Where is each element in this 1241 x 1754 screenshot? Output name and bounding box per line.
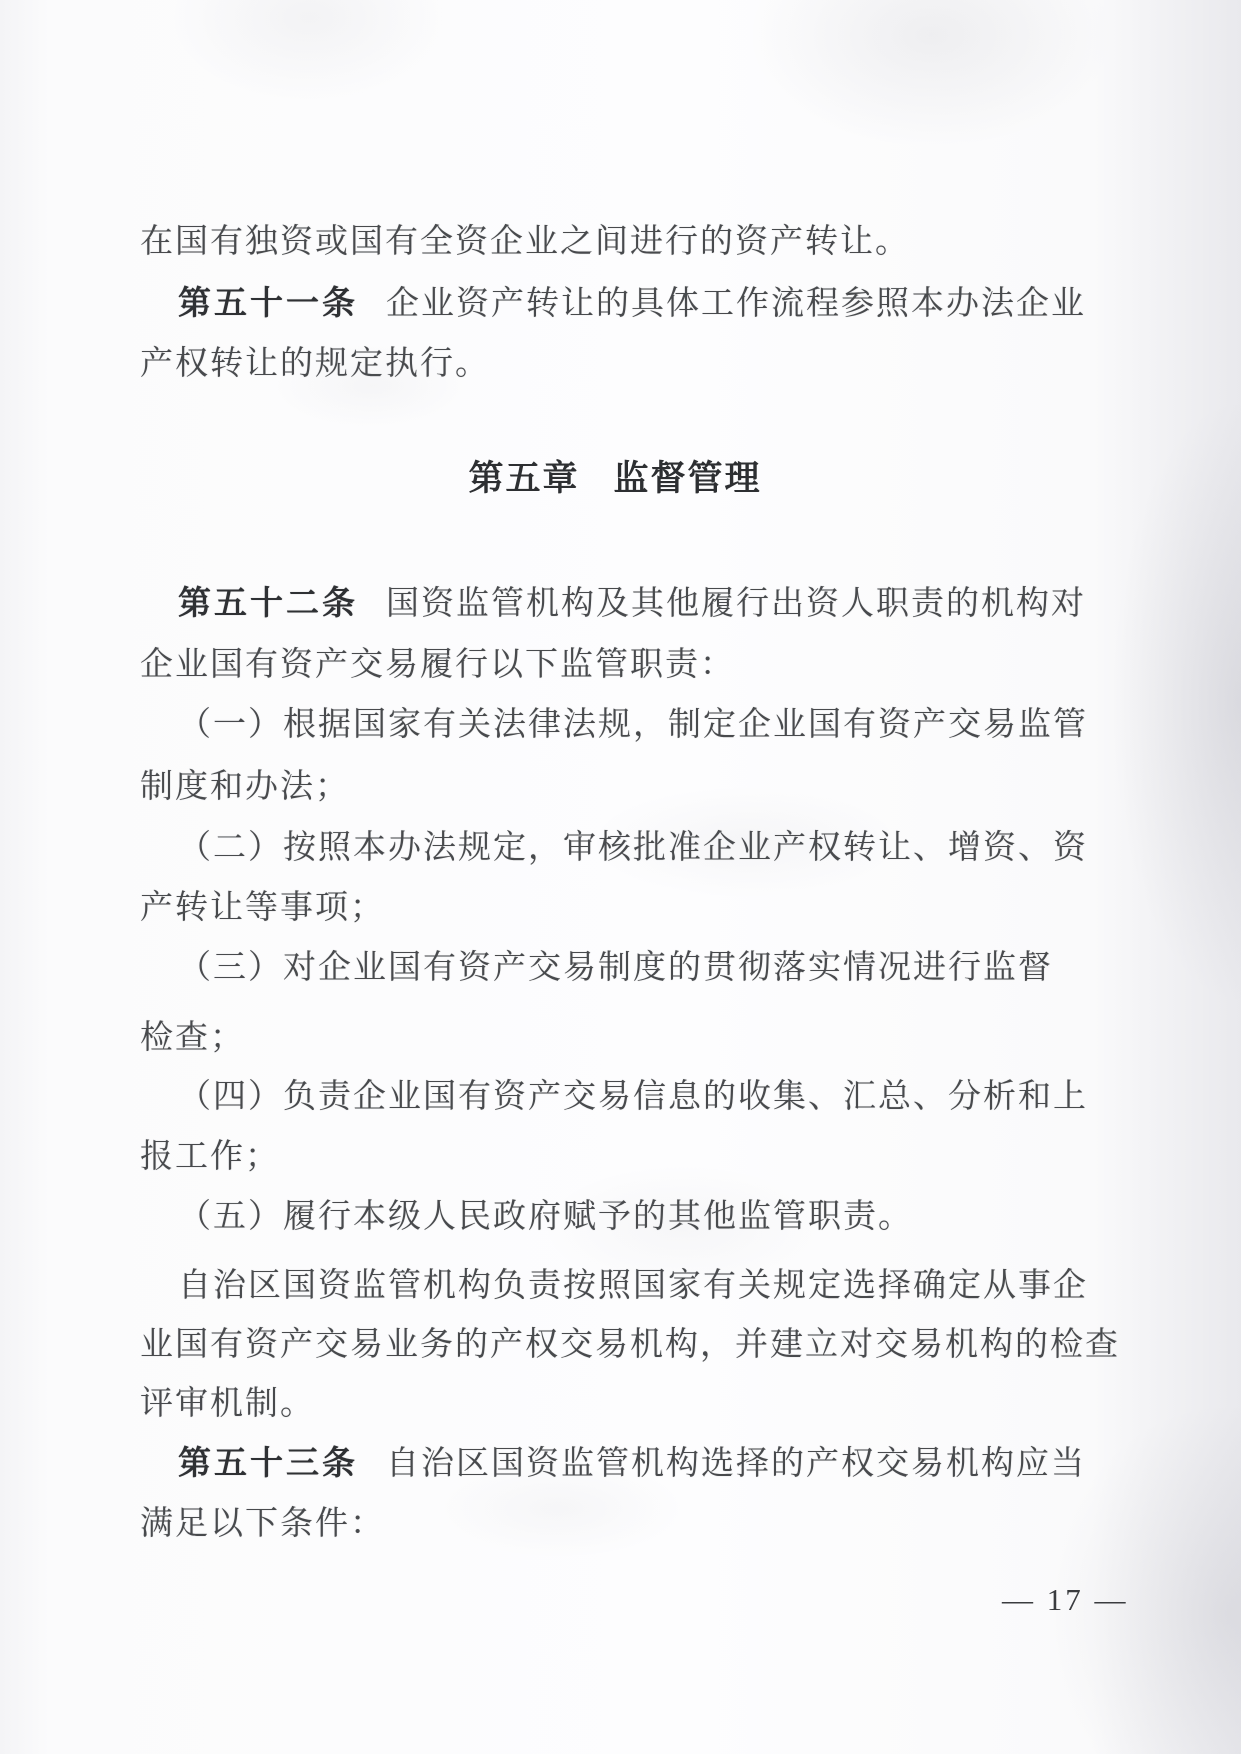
line-text: 国资监管机构及其他履行出资人职责的机构对 bbox=[386, 586, 1086, 622]
line-text: 检查； bbox=[140, 1020, 245, 1056]
line-text: 制度和办法； bbox=[140, 769, 350, 805]
clause-1-tail-line: 制度和办法； bbox=[140, 767, 350, 807]
article-51-number: 第五十一条 bbox=[178, 284, 358, 321]
line-text: （三）对企业国有资产交易制度的贯彻落实情况进行监督 bbox=[178, 950, 1053, 986]
line-text: 在国有独资或国有全资企业之间进行的资产转让。 bbox=[140, 224, 910, 260]
clause-2-tail-line: 产转让等事项； bbox=[140, 888, 385, 928]
article-52-line-2: 企业国有资产交易履行以下监管职责： bbox=[140, 645, 735, 685]
chapter-5-heading: 第五章监督管理 bbox=[140, 458, 1090, 500]
line-text: （四）负责企业国有资产交易信息的收集、汇总、分析和上 bbox=[178, 1079, 1088, 1115]
line-text: 自治区国资监管机构选择的产权交易机构应当 bbox=[386, 1446, 1086, 1482]
clause-3-line: （三）对企业国有资产交易制度的贯彻落实情况进行监督 bbox=[178, 948, 1053, 988]
clause-5-line: （五）履行本级人民政府赋予的其他监管职责。 bbox=[178, 1197, 913, 1237]
article-52-number: 第五十二条 bbox=[178, 584, 358, 621]
line-text: 报工作； bbox=[140, 1139, 280, 1175]
clause-4-tail-line: 报工作； bbox=[140, 1137, 280, 1177]
article-53-number: 第五十三条 bbox=[178, 1444, 358, 1481]
chapter-title: 监督管理 bbox=[614, 459, 762, 498]
line-text: 产转让等事项； bbox=[140, 890, 385, 926]
chapter-number: 第五章 bbox=[468, 459, 579, 498]
line-text: 业国有资产交易业务的产权交易机构，并建立对交易机构的检查 bbox=[140, 1327, 1120, 1363]
article-51-tail-line: 产权转让的规定执行。 bbox=[140, 344, 490, 384]
line-text: 企业国有资产交易履行以下监管职责： bbox=[140, 647, 735, 683]
selection-paragraph-line-1: 自治区国资监管机构负责按照国家有关规定选择确定从事企 bbox=[178, 1266, 1088, 1306]
clause-3-tail-line: 检查； bbox=[140, 1018, 245, 1058]
article-51-opening-line: 第五十一条企业资产转让的具体工作流程参照本办法企业 bbox=[178, 283, 1086, 324]
prev-article-tail-line: 在国有独资或国有全资企业之间进行的资产转让。 bbox=[140, 222, 910, 262]
article-52-opening-line: 第五十二条国资监管机构及其他履行出资人职责的机构对 bbox=[178, 583, 1086, 624]
line-text: 满足以下条件： bbox=[140, 1506, 385, 1542]
line-text: （五）履行本级人民政府赋予的其他监管职责。 bbox=[178, 1199, 913, 1235]
line-text: 评审机制。 bbox=[140, 1386, 315, 1422]
line-text: （二）按照本办法规定，审核批准企业产权转让、增资、资 bbox=[178, 830, 1088, 866]
selection-paragraph-line-3: 评审机制。 bbox=[140, 1384, 315, 1424]
clause-2-line: （二）按照本办法规定，审核批准企业产权转让、增资、资 bbox=[178, 828, 1088, 868]
clause-4-line: （四）负责企业国有资产交易信息的收集、汇总、分析和上 bbox=[178, 1077, 1088, 1117]
page-number: — 17 — bbox=[1002, 1582, 1129, 1618]
selection-paragraph-line-2: 业国有资产交易业务的产权交易机构，并建立对交易机构的检查 bbox=[140, 1325, 1120, 1365]
clause-1-line: （一）根据国家有关法律法规，制定企业国有资产交易监管 bbox=[178, 705, 1088, 745]
article-53-tail-line: 满足以下条件： bbox=[140, 1504, 385, 1544]
line-text: 产权转让的规定执行。 bbox=[140, 346, 490, 382]
line-text: （一）根据国家有关法律法规，制定企业国有资产交易监管 bbox=[178, 707, 1088, 743]
line-text: 企业资产转让的具体工作流程参照本办法企业 bbox=[386, 286, 1086, 322]
line-text: 自治区国资监管机构负责按照国家有关规定选择确定从事企 bbox=[178, 1268, 1088, 1304]
article-53-opening-line: 第五十三条自治区国资监管机构选择的产权交易机构应当 bbox=[178, 1443, 1086, 1484]
scanned-document-page: 在国有独资或国有全资企业之间进行的资产转让。 第五十一条企业资产转让的具体工作流… bbox=[0, 0, 1241, 1754]
